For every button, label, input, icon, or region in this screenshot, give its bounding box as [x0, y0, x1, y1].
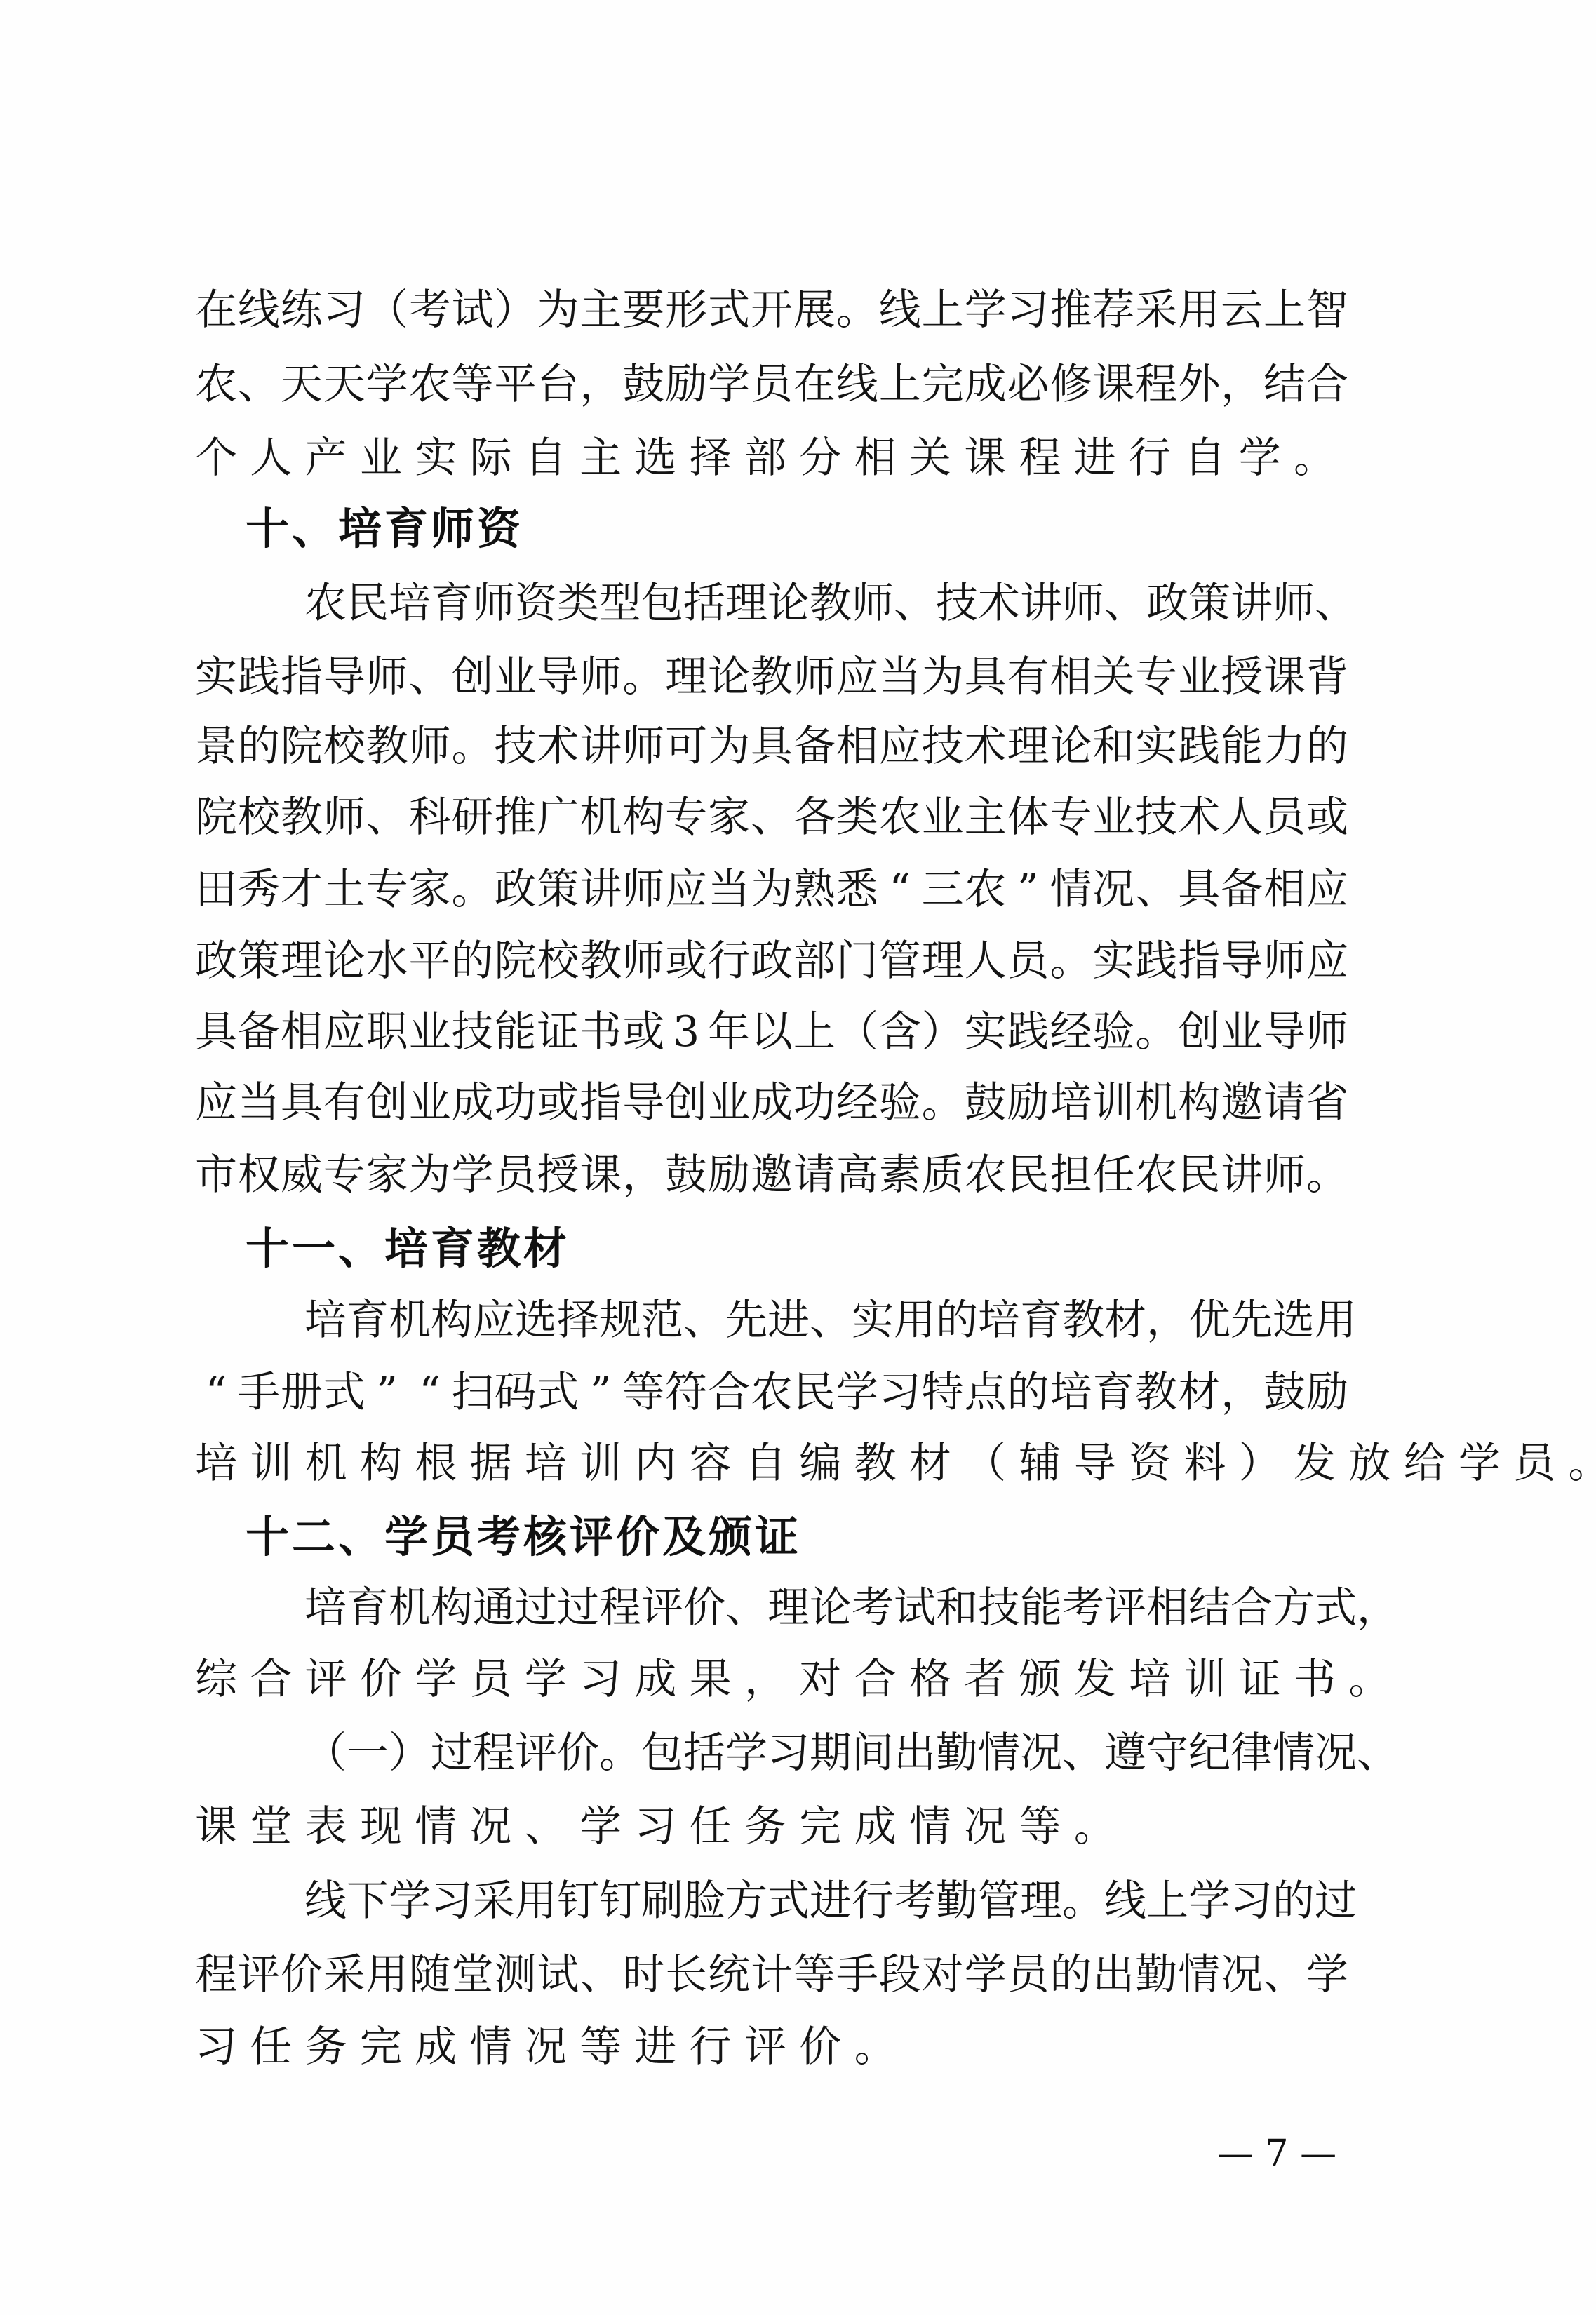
- text-char: 策: [537, 861, 579, 918]
- text-char: 选: [515, 1292, 557, 1348]
- text-char: 评: [641, 1580, 683, 1636]
- text-char: 讲: [579, 718, 622, 774]
- text-char: 内: [634, 1435, 676, 1491]
- text-char: 高: [836, 1147, 878, 1203]
- text-char: 师: [852, 575, 894, 631]
- text-char: 、: [725, 1580, 767, 1636]
- text-char: 务: [305, 2019, 347, 2075]
- text-char: 应: [1306, 933, 1348, 989]
- text-char: 讲: [579, 861, 622, 918]
- text-char: 学: [415, 1651, 457, 1707]
- text-char: 遵: [1104, 1725, 1146, 1781]
- text-char: 鼓: [965, 1075, 1007, 1131]
- text-char: 技: [1135, 789, 1177, 845]
- text-char: 构: [360, 1435, 402, 1491]
- text-char: 平: [494, 356, 536, 412]
- text-char: 应: [473, 1292, 515, 1348]
- text-char: 线: [1104, 1873, 1146, 1929]
- text-char: 练: [281, 282, 323, 338]
- text-char: 开: [751, 282, 793, 338]
- text-char: 学: [965, 1947, 1007, 2003]
- text-char: 素: [879, 1147, 921, 1203]
- text-char: ，: [1221, 356, 1263, 412]
- text-char: 任: [250, 2019, 292, 2075]
- text-char: 育: [1092, 1364, 1134, 1421]
- paragraph-first-line: 培育机构通过过程评价、理论考试和技能考评相结合方式，: [304, 1580, 1348, 1636]
- text-char: 括: [683, 575, 725, 631]
- text-char: 师: [579, 649, 622, 705]
- text-char: 师: [1306, 1004, 1348, 1060]
- text-char: 先: [725, 1292, 767, 1348]
- text-char: 天: [323, 356, 366, 412]
- text-char: 业: [409, 1075, 451, 1131]
- text-char: 。: [1568, 1435, 1596, 1491]
- text-char: 料: [1183, 1435, 1226, 1491]
- text-char: 专: [366, 861, 408, 918]
- text-char: 和: [936, 1580, 978, 1636]
- text-char: 论: [767, 575, 810, 631]
- text-char: 培: [304, 1580, 347, 1636]
- text-char: 机: [579, 789, 622, 845]
- text-char: 实: [852, 1292, 894, 1348]
- text-char: 钉: [557, 1873, 599, 1929]
- text-char: 背: [1306, 649, 1348, 705]
- text-char: 具: [751, 718, 793, 774]
- text-char: 为: [409, 1147, 451, 1203]
- text-char: 课: [195, 1799, 237, 1855]
- text-char: 策: [1188, 575, 1230, 631]
- text-char: 农: [965, 861, 1007, 918]
- text-char: 况: [1221, 1947, 1263, 2003]
- text-char: 备: [1221, 861, 1263, 918]
- text-char: 包: [641, 1725, 683, 1781]
- text-char: 择: [690, 430, 732, 486]
- text-char: 试: [537, 1947, 579, 2003]
- text-char: 用: [894, 1292, 936, 1348]
- text-char: 培: [525, 1435, 567, 1491]
- text-char: 请: [1263, 1075, 1306, 1131]
- text-char: 格: [909, 1651, 951, 1707]
- text-char: 成: [415, 2019, 457, 2075]
- text-char: 形: [665, 282, 707, 338]
- text-char: 采: [473, 1873, 515, 1929]
- text-char: 手: [238, 1364, 280, 1421]
- text-char: 培: [1129, 1651, 1171, 1707]
- text-char: 情: [469, 2019, 511, 2075]
- text-char: 院: [281, 718, 323, 774]
- text-char: 进: [634, 2019, 676, 2075]
- text-char: 教: [366, 718, 408, 774]
- text-char: 培: [304, 1292, 347, 1348]
- text-char: 课: [1092, 356, 1134, 412]
- text-char: 荐: [1092, 282, 1134, 338]
- paragraph-line: 培训机构根据培训内容自编教材（辅导资料）发放给学员。: [195, 1435, 1348, 1491]
- text-char: 师: [409, 718, 451, 774]
- text-char: 课: [964, 430, 1006, 486]
- text-char: 学: [965, 282, 1007, 338]
- text-char: 时: [622, 1947, 664, 2003]
- text-char: 情: [415, 1799, 457, 1855]
- text-char: 业: [360, 430, 402, 486]
- text-char: 出: [894, 1725, 936, 1781]
- text-char: 人: [965, 933, 1007, 989]
- text-char: 脸: [683, 1873, 725, 1929]
- text-char: 当: [238, 1075, 280, 1131]
- text-char: 为: [537, 282, 579, 338]
- text-char: 员: [1007, 1947, 1050, 2003]
- text-char: 励: [665, 356, 707, 412]
- text-char: 应: [836, 649, 878, 705]
- paragraph-line: 习任务完成情况等进行评价。: [195, 2019, 1348, 2075]
- text-char: 或: [537, 1075, 579, 1131]
- paragraph-line: 农、天天学农等平台，鼓励学员在线上完成必修课程外，结合: [195, 356, 1348, 412]
- text-char: 材: [909, 1435, 951, 1491]
- text-char: 评: [238, 1947, 280, 2003]
- text-char: 培: [978, 1292, 1020, 1348]
- text-char: 相: [1146, 1580, 1188, 1636]
- text-char: 应: [195, 1075, 237, 1131]
- text-char: 平: [409, 933, 451, 989]
- text-char: 践: [1135, 933, 1177, 989]
- text-char: 农: [195, 356, 237, 412]
- text-char: 进: [1074, 430, 1116, 486]
- text-char: 和: [1092, 718, 1134, 774]
- text-char: 括: [683, 1725, 725, 1781]
- text-char: 情: [1273, 1725, 1315, 1781]
- text-char: 要: [622, 282, 664, 338]
- text-char: 学: [725, 1725, 767, 1781]
- text-char: 习: [323, 282, 366, 338]
- text-char: 合: [250, 1651, 292, 1707]
- text-char: 、: [894, 575, 936, 631]
- text-char: 师: [1273, 575, 1315, 631]
- text-char: 的: [1306, 718, 1348, 774]
- text-char: ”: [366, 1364, 408, 1421]
- text-char: 学: [836, 1364, 878, 1421]
- text-char: 式: [708, 282, 750, 338]
- text-char: 、: [1315, 575, 1357, 631]
- text-char: 课: [579, 1147, 622, 1203]
- text-char: 计: [751, 1947, 793, 2003]
- text-char: 任: [690, 1799, 732, 1855]
- text-char: 训: [579, 1435, 622, 1491]
- text-char: 习: [1230, 1873, 1273, 1929]
- text-char: ，: [1357, 1580, 1399, 1636]
- text-char: 学: [1239, 430, 1281, 486]
- text-char: 发: [1074, 1651, 1116, 1707]
- text-char: 情: [1178, 1947, 1220, 2003]
- text-char: 对: [922, 1947, 964, 2003]
- text-char: 分: [799, 430, 841, 486]
- text-char: 自: [525, 430, 567, 486]
- text-char: 线: [879, 282, 921, 338]
- text-char: 勤: [936, 1725, 978, 1781]
- text-char: 鼓: [665, 1147, 707, 1203]
- text-char: 用: [1178, 282, 1220, 338]
- text-char: 过: [515, 1580, 557, 1636]
- text-char: 土: [323, 861, 366, 918]
- text-char: 。: [1050, 933, 1092, 989]
- text-char: 励: [1306, 1364, 1348, 1421]
- text-char: 据: [469, 1435, 511, 1491]
- text-char: 具: [281, 1075, 323, 1131]
- text-char: 的: [1050, 1947, 1092, 2003]
- text-char: 合: [1230, 1580, 1273, 1636]
- text-char: 相: [854, 430, 897, 486]
- text-char: 校: [537, 933, 579, 989]
- text-char: 鼓: [622, 356, 664, 412]
- text-char: 民: [347, 575, 389, 631]
- text-char: 用: [366, 1947, 408, 2003]
- text-char: 应: [1306, 861, 1348, 918]
- text-char: 式: [537, 1364, 579, 1421]
- text-char: 书: [579, 1004, 622, 1060]
- text-char: 政: [494, 861, 536, 918]
- text-char: 训: [1092, 1075, 1134, 1131]
- text-char: 。: [854, 2019, 897, 2075]
- text-char: 主: [965, 789, 1007, 845]
- text-char: 行: [708, 933, 750, 989]
- text-char: 理: [1020, 1873, 1062, 1929]
- text-char: 权: [238, 1147, 280, 1203]
- text-char: 部: [744, 430, 786, 486]
- text-char: “: [409, 1364, 451, 1421]
- text-char: 农: [304, 575, 347, 631]
- text-char: 指: [579, 1075, 622, 1131]
- text-char: 能: [494, 1004, 536, 1060]
- text-char: 励: [708, 1147, 750, 1203]
- text-char: 论: [708, 649, 750, 705]
- text-char: 书: [1294, 1651, 1336, 1707]
- text-char: 成: [634, 1651, 676, 1707]
- text-char: 含: [879, 1004, 921, 1060]
- text-char: 长: [665, 1947, 707, 2003]
- text-char: 相: [281, 1004, 323, 1060]
- text-char: 技: [936, 575, 978, 631]
- text-char: 式: [323, 1364, 366, 1421]
- paragraph-line: “手册式”“扫码式”等符合农民学习特点的培育教材，鼓励: [195, 1364, 1348, 1421]
- text-char: 。: [1135, 1004, 1177, 1060]
- text-char: 资: [1129, 1435, 1171, 1491]
- text-char: ）: [922, 1004, 964, 1060]
- text-char: 。: [1306, 1147, 1348, 1203]
- text-char: ）: [494, 282, 536, 338]
- text-char: 主: [579, 282, 622, 338]
- text-char: 践: [1007, 1004, 1050, 1060]
- text-char: 。: [1074, 1799, 1116, 1855]
- text-char: 为: [708, 718, 750, 774]
- text-char: 行: [1129, 430, 1171, 486]
- text-char: 师: [622, 861, 664, 918]
- text-char: 过: [431, 1725, 473, 1781]
- text-char: 用: [1315, 1292, 1357, 1348]
- text-char: 机: [305, 1435, 347, 1491]
- text-char: 况: [469, 1799, 511, 1855]
- text-char: 教: [854, 1435, 897, 1491]
- text-char: 关: [909, 430, 951, 486]
- text-char: 过: [1315, 1873, 1357, 1929]
- text-char: 勤: [936, 1873, 978, 1929]
- text-char: 上: [922, 282, 964, 338]
- text-char: 程: [473, 1725, 515, 1781]
- text-char: 刷: [641, 1873, 683, 1929]
- text-char: 训: [1183, 1651, 1226, 1707]
- text-char: 务: [744, 1799, 786, 1855]
- text-char: 况: [964, 1799, 1006, 1855]
- text-char: 特: [922, 1364, 964, 1421]
- text-char: 主: [579, 430, 622, 486]
- text-char: 理: [922, 933, 964, 989]
- text-char: 考: [852, 1580, 894, 1636]
- paragraph-first-line: 线下学习采用钉钉刷脸方式进行考勤管理。线上学习的过: [304, 1873, 1348, 1929]
- text-char: 为: [922, 649, 964, 705]
- text-char: 或: [665, 933, 707, 989]
- text-char: 情: [978, 1725, 1020, 1781]
- text-char: 在: [793, 356, 836, 412]
- text-char: 、: [1263, 1947, 1306, 2003]
- text-char: 、: [1357, 1725, 1399, 1781]
- section-heading: 十、培育师资: [246, 501, 523, 557]
- text-char: 试: [894, 1580, 936, 1636]
- text-char: （: [964, 1435, 1006, 1491]
- text-char: 员: [1513, 1435, 1555, 1491]
- text-char: 规: [599, 1292, 641, 1348]
- text-char: 机: [389, 1292, 431, 1348]
- text-char: 必: [1007, 356, 1050, 412]
- text-char: 成: [751, 1075, 793, 1131]
- text-char: 当: [708, 861, 750, 918]
- text-char: 上: [1146, 1873, 1188, 1929]
- text-char: 过: [557, 1580, 599, 1636]
- text-char: 构: [622, 789, 664, 845]
- text-char: 业: [409, 1004, 451, 1060]
- text-char: 创: [1178, 1004, 1220, 1060]
- text-char: 理: [281, 933, 323, 989]
- text-char: 守: [1146, 1725, 1188, 1781]
- text-char: 农: [879, 789, 921, 845]
- text-char: ”: [579, 1364, 622, 1421]
- paragraph-first-line: （一）过程评价。包括学习期间出勤情况、遵守纪律情况、: [304, 1725, 1348, 1781]
- text-char: 业: [1092, 789, 1134, 845]
- paragraph-line: 政策理论水平的院校教师或行政部门管理人员。实践指导师应: [195, 933, 1348, 989]
- text-char: 果: [690, 1651, 732, 1707]
- text-char: 为: [751, 861, 793, 918]
- text-char: 邀: [751, 1147, 793, 1203]
- text-char: 试: [452, 282, 494, 338]
- text-char: 推: [494, 789, 536, 845]
- text-char: 完: [360, 2019, 402, 2075]
- text-char: 导: [323, 649, 366, 705]
- text-char: 相: [1050, 649, 1092, 705]
- text-char: 任: [1092, 1147, 1134, 1203]
- text-char: 结: [1188, 1580, 1230, 1636]
- text-char: 通: [473, 1580, 515, 1636]
- text-char: 况: [525, 2019, 567, 2075]
- text-char: 农: [409, 356, 451, 412]
- text-char: 。: [1062, 1873, 1104, 1929]
- text-char: 习: [634, 1799, 676, 1855]
- text-char: 采: [1135, 282, 1177, 338]
- text-char: 评: [515, 1725, 557, 1781]
- text-char: 现: [360, 1799, 402, 1855]
- text-char: 云: [1221, 282, 1263, 338]
- paragraph-line: 市权威专家为学员授课，鼓励邀请高素质农民担任农民讲师。: [195, 1147, 1348, 1203]
- text-char: 符: [665, 1364, 707, 1421]
- text-char: 证: [1239, 1651, 1281, 1707]
- text-char: 关: [1092, 649, 1134, 705]
- text-char: 创: [452, 649, 494, 705]
- text-char: 能: [1020, 1580, 1062, 1636]
- text-char: 一: [347, 1725, 389, 1781]
- text-char: 期: [810, 1725, 852, 1781]
- text-char: 专: [1050, 789, 1092, 845]
- text-char: 资: [515, 575, 557, 631]
- text-char: 家: [409, 861, 451, 918]
- text-char: 学: [452, 1147, 494, 1203]
- text-char: 根: [415, 1435, 457, 1491]
- text-char: “: [879, 861, 921, 918]
- text-char: 的: [1273, 1873, 1315, 1929]
- text-char: 业: [708, 1075, 750, 1131]
- text-char: 才: [281, 861, 323, 918]
- text-char: 完: [922, 356, 964, 412]
- text-char: 线: [836, 356, 878, 412]
- text-char: 堂: [250, 1799, 292, 1855]
- text-char: 自: [1183, 430, 1226, 486]
- text-char: 创: [665, 1075, 707, 1131]
- paragraph-line: 综合评价学员学习成果，对合格者颁发培训证书。: [195, 1651, 1348, 1707]
- text-char: 师: [1263, 933, 1306, 989]
- text-char: 、: [579, 1947, 622, 2003]
- text-char: 技: [452, 1004, 494, 1060]
- text-char: 构: [1178, 1075, 1220, 1131]
- text-char: 。: [1348, 1651, 1390, 1707]
- text-char: 能: [1221, 718, 1263, 774]
- text-char: 年: [708, 1004, 750, 1060]
- text-char: 修: [1050, 356, 1092, 412]
- text-char: 政: [1146, 575, 1188, 631]
- text-char: 三: [922, 861, 964, 918]
- text-char: 。: [922, 1075, 964, 1131]
- text-char: 成: [452, 1075, 494, 1131]
- text-char: 政: [751, 933, 793, 989]
- text-char: 实: [195, 649, 237, 705]
- text-char: 教: [1135, 1364, 1177, 1421]
- text-char: 综: [195, 1651, 237, 1707]
- text-char: 家: [366, 1147, 408, 1203]
- text-char: 部: [793, 933, 836, 989]
- text-char: 力: [1263, 718, 1306, 774]
- text-char: 、: [683, 1292, 725, 1348]
- text-char: 进: [767, 1292, 810, 1348]
- text-char: 经: [836, 1075, 878, 1131]
- text-char: 、: [238, 356, 280, 412]
- section-heading: 十二、学员考核评价及颁证: [246, 1509, 801, 1565]
- text-char: 评: [305, 1651, 347, 1707]
- text-char: 技: [922, 718, 964, 774]
- text-char: 课: [1263, 649, 1306, 705]
- paragraph-first-line: 培育机构应选择规范、先进、实用的培育教材，优先选用: [304, 1292, 1348, 1348]
- text-char: 等: [793, 1947, 836, 2003]
- text-char: ，: [1221, 1364, 1263, 1421]
- text-char: 员: [469, 1651, 511, 1707]
- text-char: （: [366, 282, 408, 338]
- text-char: 论: [1050, 718, 1092, 774]
- text-char: 理: [1007, 718, 1050, 774]
- text-char: 者: [964, 1651, 1006, 1707]
- text-char: 广: [537, 789, 579, 845]
- text-char: 导: [537, 649, 579, 705]
